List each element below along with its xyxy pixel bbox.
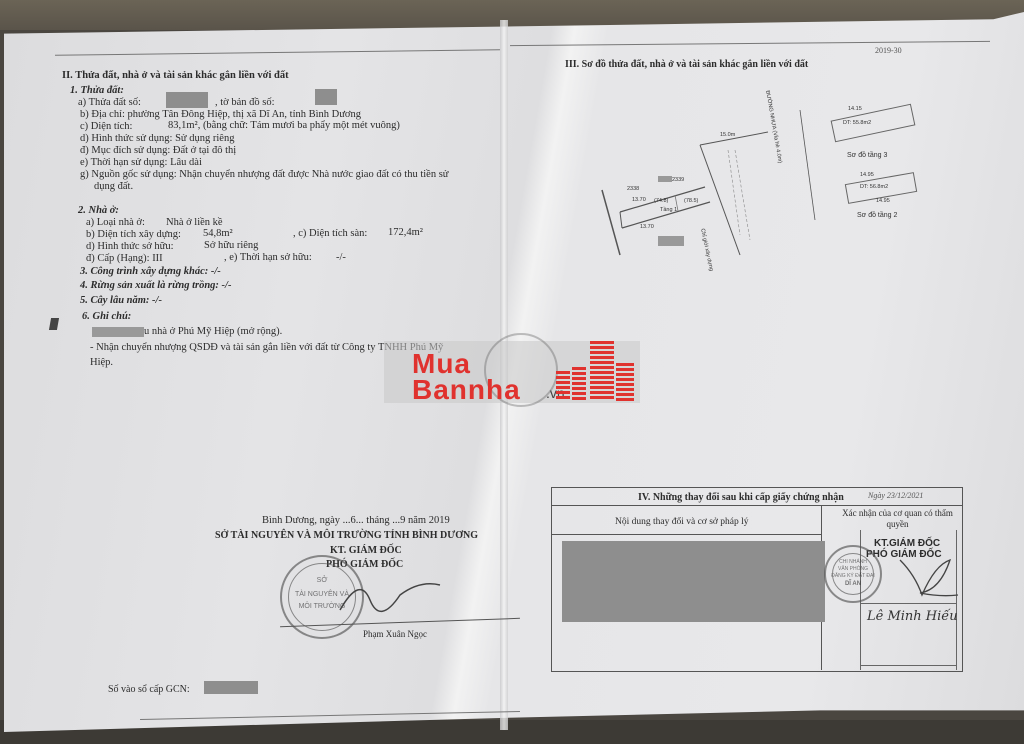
left-signer-name: Phạm Xuân Ngọc xyxy=(363,628,427,640)
land-use-term: e) Thời hạn sử dụng: Lâu dài xyxy=(80,157,202,169)
area-label-1: (74.8) xyxy=(654,198,668,204)
other-constructions: 3. Công trình xây dựng khác: -/- xyxy=(80,266,221,278)
land-use-form: d) Hình thức sử dụng: Sử dụng riêng xyxy=(80,133,234,145)
handwritten-date: Ngày 23/12/2021 xyxy=(868,490,923,502)
registry-label: Số vào sổ cấp GCN: xyxy=(108,684,190,696)
signature-right-icon xyxy=(880,555,960,600)
redacted-note-start xyxy=(92,327,144,337)
section-iv-title: IV. Những thay đổi sau khi cấp giấy chứn… xyxy=(638,492,844,504)
land-origin: g) Nguồn gốc sử dụng: Nhận chuyển nhượng… xyxy=(80,169,449,181)
house-ownership-term-label: , e) Thời hạn sở hữu: xyxy=(224,252,312,264)
col-changes-header: Nội dung thay đổi và cơ sở pháp lý xyxy=(615,516,749,528)
table-header-divider xyxy=(551,505,962,506)
official-stamp-right: CHI NHÁNH VĂN PHÒNG ĐĂNG KÝ ĐẤT ĐAI DĨ A… xyxy=(824,545,882,603)
house-floor-area-value: 172,4m² xyxy=(388,227,423,239)
redacted-change-content xyxy=(562,541,825,622)
land-plot-number-label: a) Thửa đất số: xyxy=(78,97,141,109)
kt-director: KT. GIÁM ĐỐC xyxy=(330,545,402,557)
floor-3-dim: 14.15 xyxy=(848,106,862,112)
note-line-1: u nhà ở Phú Mỹ Hiệp (mở rộng). xyxy=(144,326,282,338)
production-forest: 4. Rừng sản xuất là rừng trồng: -/- xyxy=(80,280,231,292)
sign-date: Bình Dương, ngày ...6... tháng ...9 năm … xyxy=(262,515,450,527)
perennial-trees: 5. Cây lâu năm: -/- xyxy=(80,295,162,307)
section-ii-title: II. Thửa đất, nhà ở và tài sản khác gắn … xyxy=(62,70,289,82)
house-build-area-label: b) Diện tích xây dựng: xyxy=(86,229,181,241)
floor-2-dim-bottom: 14.95 xyxy=(876,198,890,204)
house-grade: đ) Cấp (Hạng): III xyxy=(86,253,163,265)
land-area-label: c) Diện tích: xyxy=(80,121,132,133)
floor-3-label: Sơ đồ tầng 3 xyxy=(847,152,887,159)
section-iii-title: III. Sơ đồ thửa đất, nhà ở và tài sản kh… xyxy=(565,59,808,71)
floor-2-label: Sơ đồ tầng 2 xyxy=(857,212,897,219)
watermark-banner: Mua Bannha .vn xyxy=(384,341,640,403)
redacted-map-number xyxy=(315,89,337,105)
house-ownership-term-value: -/- xyxy=(336,252,346,264)
house-heading: 2. Nhà ở: xyxy=(78,205,119,217)
right-signer-name: Lê Minh Hiếu xyxy=(867,609,958,624)
floor-3-area: DT: 55.8m2 xyxy=(843,120,871,126)
redacted-plot-number xyxy=(166,92,208,108)
plot-diagram-drawing xyxy=(590,90,830,270)
inner-box-bottom xyxy=(860,665,956,666)
table-col-header-divider xyxy=(551,534,821,535)
land-use-purpose: đ) Mục đích sử dụng: Đất ở tại đô thị xyxy=(80,145,236,157)
floor-2-area: DT: 56.8m2 xyxy=(860,184,888,190)
land-area-value: 83,1m², (bằng chữ: Tám mươi ba phẩy một … xyxy=(168,120,400,132)
notes-heading: 6. Ghi chú: xyxy=(82,311,131,323)
dim-bottom: 13.70 xyxy=(640,224,654,230)
frontage-width: 15.0m xyxy=(720,132,735,138)
house-build-area-value: 54,8m² xyxy=(203,228,233,240)
floor-1-label: Tầng 1 xyxy=(660,207,677,213)
house-type-label: a) Loại nhà ở: xyxy=(86,217,145,229)
house-ownership-label: d) Hình thức sở hữu: xyxy=(86,241,174,253)
land-heading: 1. Thửa đất: xyxy=(70,85,124,97)
land-map-number-label: , tờ bản đồ số: xyxy=(215,97,275,109)
house-floor-area-label: , c) Diện tích sàn: xyxy=(293,228,367,240)
house-ownership-value: Sở hữu riêng xyxy=(204,240,258,252)
plot-label-2339: 2339 xyxy=(672,177,684,183)
plot-label-2338: 2338 xyxy=(627,186,639,192)
area-label-2: (78.5) xyxy=(684,198,698,204)
inner-box-right xyxy=(956,530,957,670)
inner-box-mid xyxy=(860,603,956,604)
watermark-bannha: Bannha xyxy=(412,377,521,403)
redacted-registry-number xyxy=(204,681,258,694)
land-origin-cont: dụng đất. xyxy=(94,181,133,193)
note-line-3: Hiệp. xyxy=(90,357,113,369)
floor-2-dim-top: 14.95 xyxy=(860,172,874,178)
corner-note: 2019-30 xyxy=(875,45,902,57)
issuing-agency: SỞ TÀI NGUYÊN VÀ MÔI TRƯỜNG TỈNH BÌNH DƯ… xyxy=(215,530,478,542)
dim-top: 13.70 xyxy=(632,197,646,203)
signature-left-icon xyxy=(330,570,450,620)
col-confirm-header: Xác nhận của cơ quan có thẩm quyền xyxy=(835,508,960,530)
